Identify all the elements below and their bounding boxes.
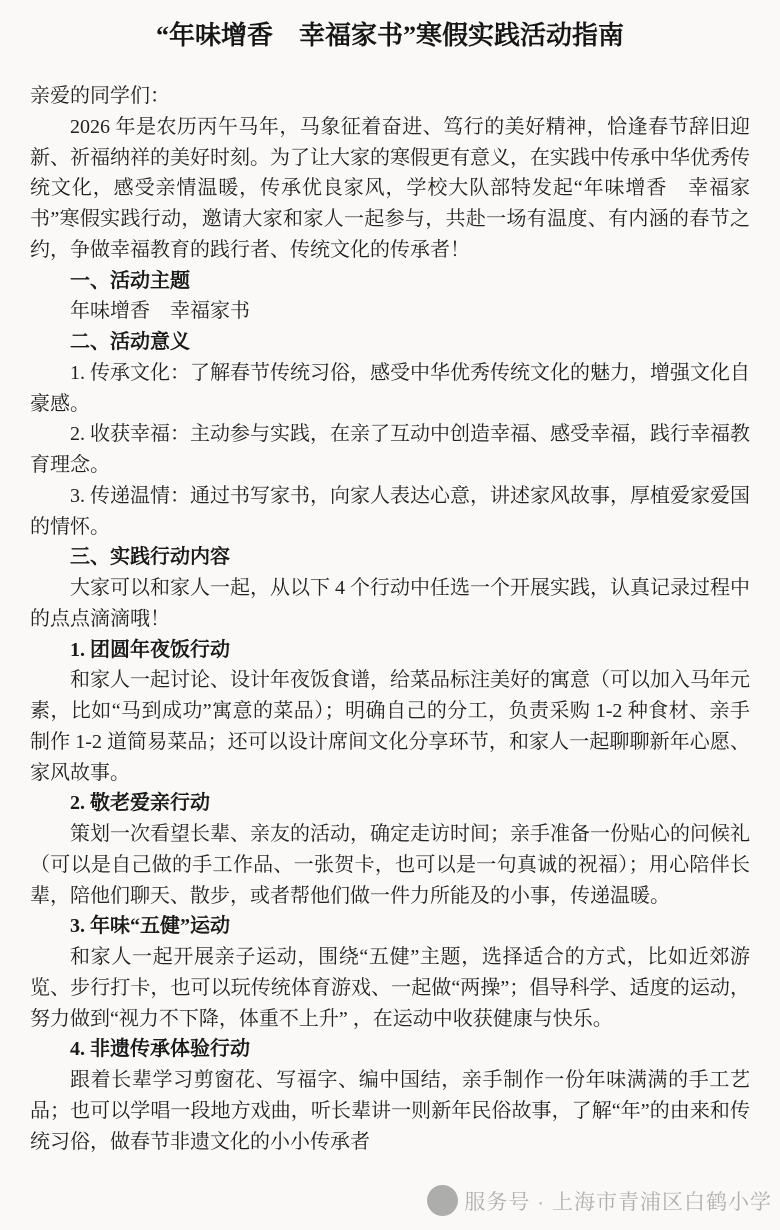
action-elders-text: 策划一次看望长辈、亲友的活动，确定走访时间；亲手准备一份贴心的问候礼（可以是自己… <box>30 819 750 911</box>
document-page: “年味增香 幸福家书”寒假实践活动指南 亲爱的同学们： 2026 年是农历丙午马… <box>0 0 780 1230</box>
intro-paragraph: 2026 年是农历丙午马年，马象征着奋进、笃行的美好精神，恰逢春节辞旧迎新、祈福… <box>30 112 750 266</box>
section-heading-theme: 一、活动主题 <box>30 266 750 297</box>
actions-intro: 大家可以和家人一起，从以下 4 个行动中任选一个开展实践，认真记录过程中的点点滴… <box>30 573 750 635</box>
action-sport-text: 和家人一起开展亲子运动，围绕“五健”主题，选择适合的方式，比如近郊游览、步行打卡… <box>30 942 750 1034</box>
action-heading-heritage: 4. 非遗传承体验行动 <box>30 1034 750 1065</box>
salutation: 亲爱的同学们： <box>30 81 750 112</box>
significance-item-1: 1. 传承文化：了解春节传统习俗，感受中华优秀传统文化的魅力，增强文化自豪感。 <box>30 358 750 420</box>
action-heading-sport: 3. 年味“五健”运动 <box>30 911 750 942</box>
section-heading-actions: 三、实践行动内容 <box>30 542 750 573</box>
section-heading-significance: 二、活动意义 <box>30 327 750 358</box>
document-title: “年味增香 幸福家书”寒假实践活动指南 <box>30 18 750 54</box>
official-account-icon <box>427 1185 458 1216</box>
watermark-text: 服务号 · 上海市青浦区白鹤小学 <box>464 1186 772 1216</box>
significance-item-2: 2. 收获幸福：主动参与实践，在亲了互动中创造幸福、感受幸福，践行幸福教育理念。 <box>30 419 750 481</box>
action-heritage-text: 跟着长辈学习剪窗花、写福字、编中国结，亲手制作一份年味满满的手工艺品；也可以学唱… <box>30 1065 750 1157</box>
theme-text: 年味增香 幸福家书 <box>30 296 750 327</box>
significance-item-3: 3. 传递温情：通过书写家书，向家人表达心意，讲述家风故事，厚植爱家爱国的情怀。 <box>30 481 750 543</box>
action-heading-elders: 2. 敬老爱亲行动 <box>30 788 750 819</box>
action-dinner-text: 和家人一起讨论、设计年夜饭食谱，给菜品标注美好的寓意（可以加入马年元素，比如“马… <box>30 665 750 788</box>
watermark: 服务号 · 上海市青浦区白鹤小学 <box>427 1185 772 1216</box>
action-heading-dinner: 1. 团圆年夜饭行动 <box>30 635 750 666</box>
